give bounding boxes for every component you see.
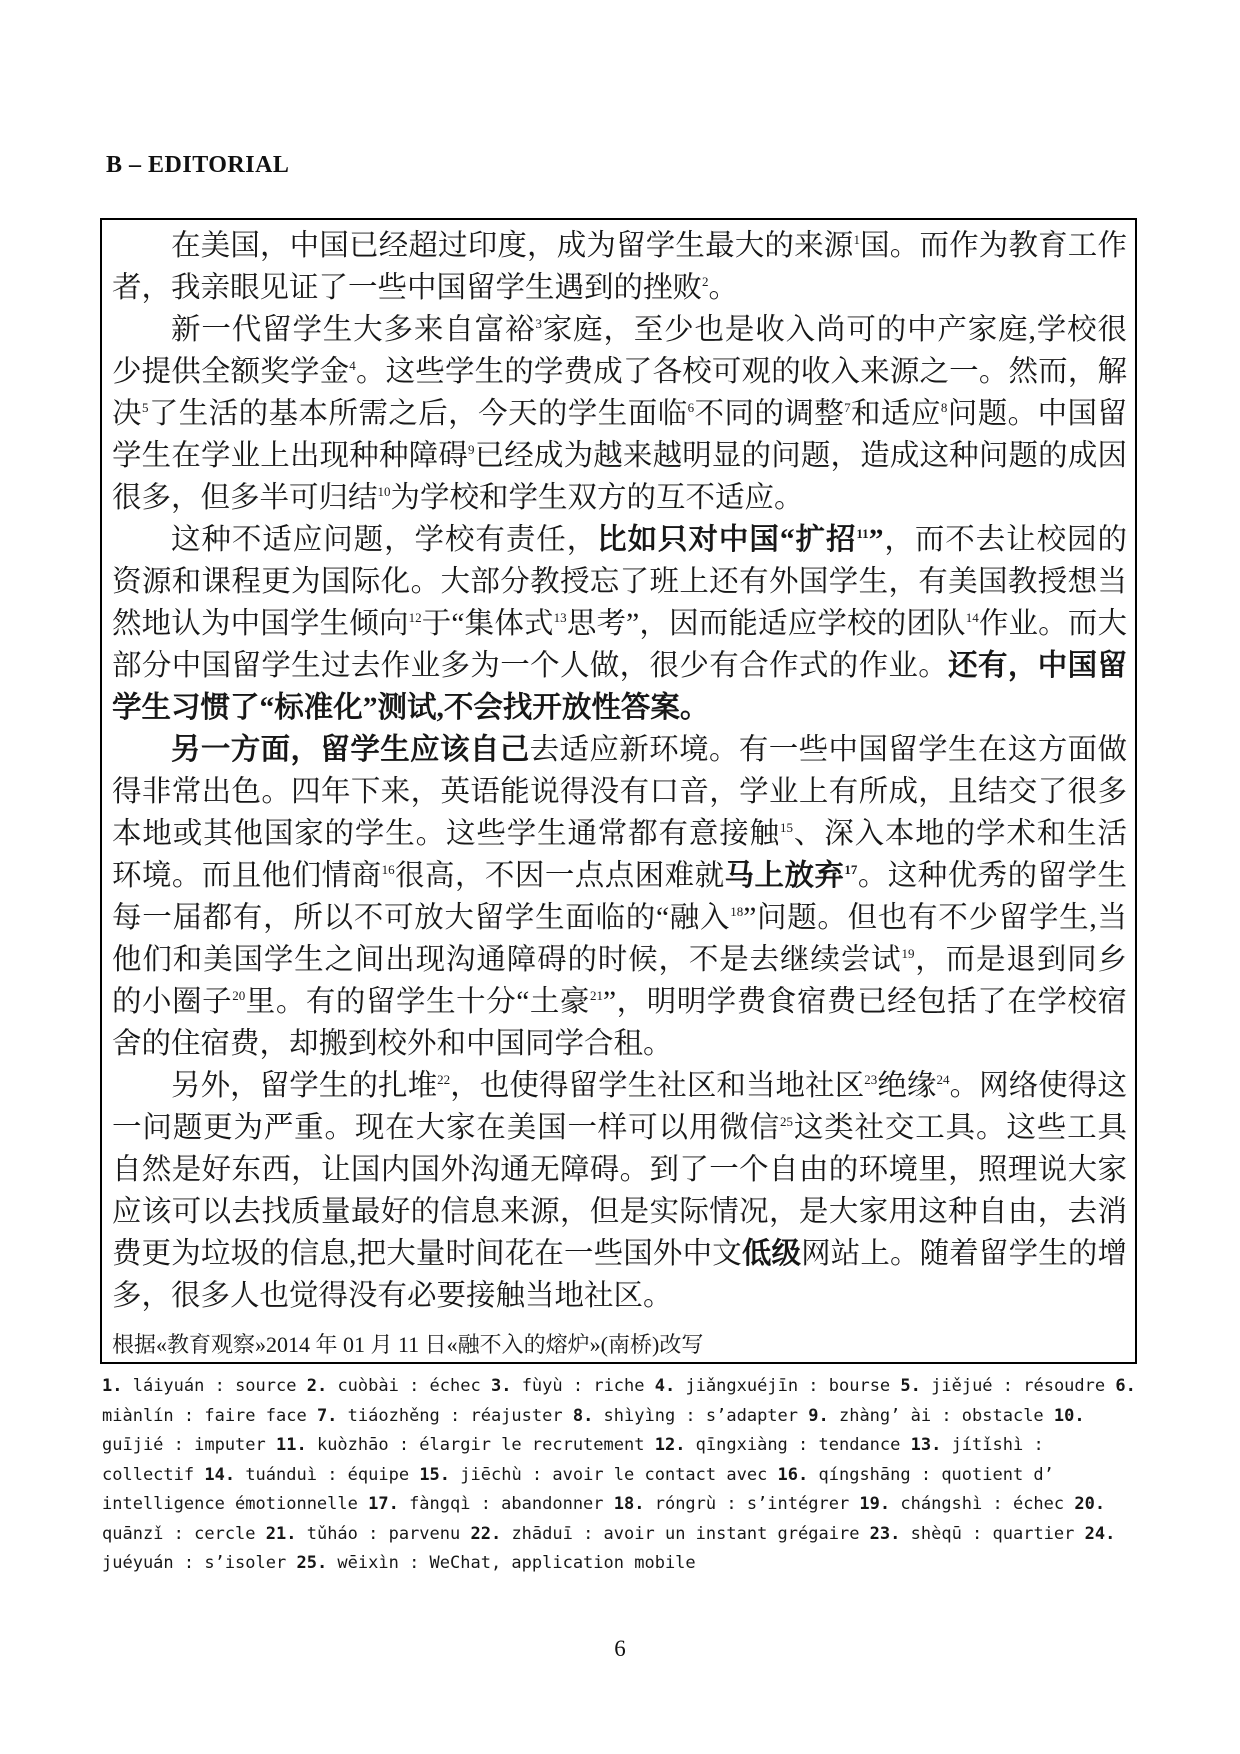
vocab-number: 7. <box>317 1406 337 1426</box>
footnote-ref: 17 <box>844 862 857 877</box>
vocab-entry: qīngxiàng : tendance <box>685 1435 910 1455</box>
text-run: 这种不适应问题，学校有责任， <box>171 524 597 556</box>
text-run: 比如只对中国“扩招 <box>597 524 856 556</box>
footnote-ref: 25 <box>780 1114 793 1129</box>
footnote-ref: 19 <box>901 946 914 961</box>
vocab-entry: shèqū : quartier <box>900 1524 1084 1544</box>
editorial-paragraph: 另一方面，留学生应该自己去适应新环境。有一些中国留学生在这方面做得非常出色。四年… <box>112 729 1127 1065</box>
vocab-entry: fàngqì : abandonner <box>399 1494 614 1514</box>
vocab-entry: guījié : imputer <box>102 1435 276 1455</box>
vocab-number: 22. <box>470 1524 501 1544</box>
vocabulary-list: 1. láiyuán : source 2. cuòbài : échec 3.… <box>102 1372 1142 1579</box>
text-run: 绝缘 <box>877 1070 936 1102</box>
vocab-number: 17. <box>368 1494 399 1514</box>
editorial-paragraph: 新一代留学生大多来自富裕3家庭，至少也是收入尚可的中产家庭,学校很少提供全额奖学… <box>112 309 1127 519</box>
footnote-ref: 18 <box>730 904 743 919</box>
footnote-ref: 11 <box>856 526 868 541</box>
vocab-entry: jiǎngxuéjīn : bourse <box>675 1376 900 1396</box>
vocab-entry: tiáozhěng : réajuster <box>337 1406 572 1426</box>
footnote-ref: 22 <box>437 1072 450 1087</box>
footnote-ref: 10 <box>378 484 391 499</box>
vocab-entry: láiyuán : source <box>122 1376 306 1396</box>
text-run: 不同的调整 <box>694 398 844 430</box>
vocab-entry: tuánduì : équipe <box>235 1465 419 1485</box>
vocab-entry: zhāduī : avoir un instant grégaire <box>501 1524 869 1544</box>
editorial-paragraph: 在美国，中国已经超过印度，成为留学生最大的来源1国。而作为教育工作者，我亲眼见证… <box>112 225 1127 309</box>
vocab-number: 23. <box>870 1524 901 1544</box>
text-run: 思考”，因而能适应学校的团队 <box>567 608 966 640</box>
page-title: B – EDITORIAL <box>106 152 289 179</box>
footnote-ref: 14 <box>966 610 979 625</box>
vocab-number: 12. <box>655 1435 686 1455</box>
text-run: 另外，留学生的扎堆 <box>171 1070 437 1102</box>
vocab-number: 16. <box>778 1465 809 1485</box>
text-run: 另一方面，留学生应该自己 <box>171 734 530 766</box>
text-run: ，也使得留学生社区和当地社区 <box>450 1070 864 1102</box>
editorial-box: 在美国，中国已经超过印度，成为留学生最大的来源1国。而作为教育工作者，我亲眼见证… <box>100 218 1137 1364</box>
vocab-number: 19. <box>859 1494 890 1514</box>
vocab-entry: jiějué : résoudre <box>921 1376 1115 1396</box>
vocab-entry: wēixìn : WeChat, application mobile <box>327 1553 695 1573</box>
vocab-number: 11. <box>276 1435 307 1455</box>
vocab-entry: cuòbài : échec <box>327 1376 491 1396</box>
text-run: 很高，不因一点点困难就 <box>395 860 725 892</box>
vocab-entry: juéyuán : s’isoler <box>102 1553 296 1573</box>
vocab-number: 25. <box>296 1553 327 1573</box>
footnote-ref: 21 <box>590 988 603 1003</box>
vocab-number: 14. <box>204 1465 235 1485</box>
vocab-entry: chángshì : échec <box>890 1494 1074 1514</box>
vocab-entry: shìyìng : s’adapter <box>593 1406 808 1426</box>
vocab-entry: miànlín : faire face <box>102 1406 317 1426</box>
text-run: 于“集体式 <box>422 608 554 640</box>
vocab-number: 9. <box>808 1406 828 1426</box>
vocab-entry: fùyù : riche <box>511 1376 654 1396</box>
vocab-number: 4. <box>655 1376 675 1396</box>
vocab-number: 2. <box>307 1376 327 1396</box>
source-attribution: 根据«教育观察»2014 年 01 月 11 日«融不入的熔炉»(南桥)改写 <box>112 1328 703 1359</box>
text-run: 在美国，中国已经超过印度，成为留学生最大的来源 <box>171 230 853 262</box>
footnote-ref: 13 <box>554 610 567 625</box>
vocab-entry: quānzǐ : cercle <box>102 1524 266 1544</box>
vocab-number: 24. <box>1085 1524 1116 1544</box>
footnote-ref: 12 <box>409 610 422 625</box>
editorial-paragraphs: 在美国，中国已经超过印度，成为留学生最大的来源1国。而作为教育工作者，我亲眼见证… <box>112 225 1127 1317</box>
vocab-entry: róngrù : s’intégrer <box>644 1494 859 1514</box>
vocab-number: 18. <box>614 1494 645 1514</box>
page-number: 6 <box>0 1636 1240 1662</box>
text-run: ” <box>869 524 884 556</box>
text-run: 新一代留学生大多来自富裕 <box>171 314 535 346</box>
text-run: 低级 <box>742 1238 801 1270</box>
text-run: 马上放弃 <box>725 860 845 892</box>
vocab-number: 5. <box>900 1376 920 1396</box>
vocab-number: 6. <box>1115 1376 1135 1396</box>
editorial-paragraph: 另外，留学生的扎堆22，也使得留学生社区和当地社区23绝缘24。网络使得这一问题… <box>112 1065 1127 1317</box>
footnote-ref: 16 <box>382 862 395 877</box>
vocab-entry: zhàng’ ài : obstacle <box>829 1406 1054 1426</box>
editorial-paragraph: 这种不适应问题，学校有责任，比如只对中国“扩招11”，而不去让校园的资源和课程更… <box>112 519 1127 729</box>
vocab-number: 13. <box>911 1435 942 1455</box>
vocab-number: 15. <box>419 1465 450 1485</box>
text-run: 和适应 <box>851 398 941 430</box>
vocab-number: 1. <box>102 1376 122 1396</box>
footnote-ref: 24 <box>937 1072 950 1087</box>
footnote-ref: 20 <box>232 988 245 1003</box>
footnote-ref: 15 <box>780 820 793 835</box>
vocab-number: 8. <box>573 1406 593 1426</box>
vocab-entry: kuòzhāo : élargir le recrutement <box>307 1435 655 1455</box>
text-run: 了生活的基本所需之后，今天的学生面临 <box>148 398 687 430</box>
vocab-number: 21. <box>266 1524 297 1544</box>
vocab-number: 3. <box>491 1376 511 1396</box>
vocab-number: 20. <box>1074 1494 1105 1514</box>
footnote-ref: 23 <box>864 1072 877 1087</box>
text-run: 里。有的留学生十分“土豪 <box>245 986 590 1018</box>
vocab-number: 10. <box>1054 1406 1085 1426</box>
text-run: 。 <box>709 272 739 304</box>
text-run: 为学校和学生双方的互不适应。 <box>391 482 804 514</box>
vocab-entry: jiēchù : avoir le contact avec <box>450 1465 778 1485</box>
vocab-entry: tǔháo : parvenu <box>296 1524 470 1544</box>
